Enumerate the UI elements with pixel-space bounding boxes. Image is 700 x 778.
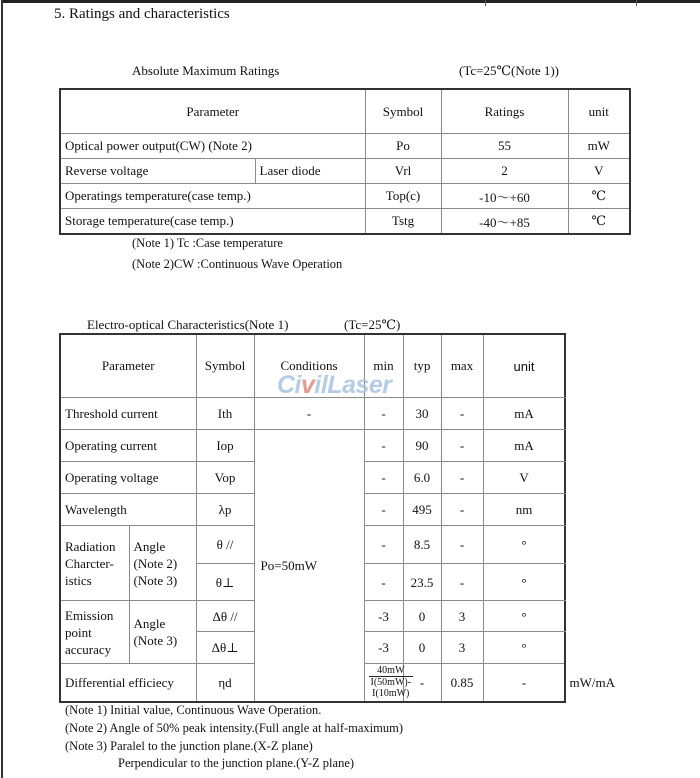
page-frame-top	[1, 0, 700, 3]
eo-note-3: (Note 3) Paralel to the junction plane.(…	[65, 739, 313, 754]
conditions-cell: 40mW I(50mW)-I(10mW)	[364, 664, 403, 702]
abs-max-note-1: (Note 1) Tc :Case temperature	[132, 236, 283, 251]
header-unit: unit	[568, 89, 630, 134]
min-cell: -	[364, 564, 403, 601]
symbol-cell: Iop	[196, 430, 254, 462]
max-cell: -	[441, 494, 483, 526]
unit-cell: °	[483, 601, 565, 632]
symbol-cell: Ith	[196, 398, 254, 430]
typ-cell: 495	[403, 494, 441, 526]
parameter-cell: Differential efficiecy	[60, 664, 196, 702]
eo-note-1: (Note 1) Initial value, Continuous Wave …	[65, 703, 321, 718]
max-cell: -	[441, 430, 483, 462]
header-ratings: Ratings	[441, 89, 568, 134]
header-conditions: Conditions	[254, 334, 364, 398]
radiation-sub-cell: Angle (Note 2) (Note 3)	[129, 526, 196, 601]
symbol-cell: Tstg	[365, 209, 441, 235]
max-cell: 3	[441, 632, 483, 664]
eo-note-2: (Note 2) Angle of 50% peak intensity.(Fu…	[65, 721, 403, 736]
typ-cell: 23.5	[403, 564, 441, 601]
header-parameter: Parameter	[60, 89, 365, 134]
max-cell: -	[483, 664, 565, 702]
rating-cell: 55	[441, 134, 568, 159]
fraction-denominator: I(50mW)-I(10mW)	[369, 677, 414, 699]
min-cell: -	[364, 494, 403, 526]
symbol-cell: Δθ⊥	[196, 632, 254, 664]
unit-cell: °	[483, 526, 565, 564]
emission-sub-cell: Angle (Note 3)	[129, 601, 196, 664]
typ-cell: 30	[403, 398, 441, 430]
unit-cell: ℃	[568, 209, 630, 235]
min-cell: -	[364, 462, 403, 494]
symbol-cell: ηd	[196, 664, 254, 702]
section-title: 5. Ratings and characteristics	[54, 6, 230, 23]
symbol-cell: θ //	[196, 526, 254, 564]
typ-cell: 6.0	[403, 462, 441, 494]
max-cell: -	[441, 462, 483, 494]
max-cell: 3	[441, 601, 483, 632]
symbol-cell: Top(c)	[365, 184, 441, 209]
table-header-row: Parameter Symbol Conditions min typ max …	[60, 334, 565, 398]
typ-cell: 0	[403, 632, 441, 664]
parameter-cell: Reverse voltage	[60, 159, 255, 184]
frame-tick	[485, 0, 486, 6]
header-unit: unit	[483, 334, 565, 398]
header-symbol: Symbol	[196, 334, 254, 398]
eo-condition: (Tc=25℃)	[344, 317, 400, 333]
abs-max-note-2: (Note 2)CW :Continuous Wave Operation	[132, 257, 342, 272]
symbol-cell: Vop	[196, 462, 254, 494]
max-cell: -	[441, 398, 483, 430]
header-max: max	[441, 334, 483, 398]
emission-group-cell: Emission point accuracy	[60, 601, 129, 664]
symbol-cell: λp	[196, 494, 254, 526]
eo-caption: Electro-optical Characteristics(Note 1)	[87, 317, 288, 333]
parameter-cell: Storage temperature(case temp.)	[60, 209, 365, 235]
abs-max-condition: (Tc=25℃(Note 1))	[459, 63, 559, 79]
parameter-cell: Threshold current	[60, 398, 196, 430]
table-row: Operating current Iop Po=50mW - 90 - mA	[60, 430, 565, 462]
parameter-cell: Operating voltage	[60, 462, 196, 494]
typ-cell: 0.85	[441, 664, 483, 702]
table-row: Operatings temperature(case temp.) Top(c…	[60, 184, 630, 209]
header-symbol: Symbol	[365, 89, 441, 134]
conditions-fraction: 40mW I(50mW)-I(10mW)	[369, 665, 414, 699]
min-cell: -	[364, 526, 403, 564]
unit-cell: ℃	[568, 184, 630, 209]
parameter-cell: Wavelength	[60, 494, 196, 526]
min-cell: -	[364, 398, 403, 430]
unit-cell: V	[568, 159, 630, 184]
sub-parameter-cell: Laser diode	[255, 159, 365, 184]
page-frame-left	[1, 0, 3, 778]
table-row: Threshold current Ith - - 30 - mA	[60, 398, 565, 430]
header-min: min	[364, 334, 403, 398]
parameter-cell: Operating current	[60, 430, 196, 462]
min-cell: -3	[364, 601, 403, 632]
unit-cell: °	[483, 632, 565, 664]
header-typ: typ	[403, 334, 441, 398]
unit-cell: nm	[483, 494, 565, 526]
rating-cell: -10～+60	[441, 184, 568, 209]
max-cell: -	[441, 526, 483, 564]
unit-cell: V	[483, 462, 565, 494]
conditions-cell: -	[254, 398, 364, 430]
typ-cell: 90	[403, 430, 441, 462]
absolute-max-ratings-table: Parameter Symbol Ratings unit Optical po…	[59, 88, 631, 235]
table-row: Optical power output(CW) (Note 2) Po 55 …	[60, 134, 630, 159]
radiation-group-cell: Radiation Charcter-istics	[60, 526, 129, 601]
typ-cell: 8.5	[403, 526, 441, 564]
unit-cell: °	[483, 564, 565, 601]
table-header-row: Parameter Symbol Ratings unit	[60, 89, 630, 134]
min-cell: -3	[364, 632, 403, 664]
parameter-cell: Operatings temperature(case temp.)	[60, 184, 365, 209]
typ-cell: 0	[403, 601, 441, 632]
eo-note-3-cont: Perpendicular to the junction plane.(Y-Z…	[118, 756, 354, 771]
rating-cell: -40～+85	[441, 209, 568, 235]
unit-cell: mW	[568, 134, 630, 159]
symbol-cell: Po	[365, 134, 441, 159]
header-parameter: Parameter	[60, 334, 196, 398]
electro-optical-table: Parameter Symbol Conditions min typ max …	[59, 333, 566, 703]
abs-max-caption: Absolute Maximum Ratings	[132, 63, 279, 79]
parameter-cell: Optical power output(CW) (Note 2)	[60, 134, 365, 159]
table-row: Storage temperature(case temp.) Tstg -40…	[60, 209, 630, 235]
rating-cell: 2	[441, 159, 568, 184]
frame-tick	[636, 0, 637, 6]
max-cell: -	[441, 564, 483, 601]
shared-conditions-cell: Po=50mW	[254, 430, 364, 702]
symbol-cell: Vrl	[365, 159, 441, 184]
unit-cell: mA	[483, 398, 565, 430]
table-row: Reverse voltage Laser diode Vrl 2 V	[60, 159, 630, 184]
min-cell: -	[364, 430, 403, 462]
symbol-cell: Δθ //	[196, 601, 254, 632]
symbol-cell: θ⊥	[196, 564, 254, 601]
fraction-numerator: 40mW	[369, 665, 414, 677]
unit-cell: mA	[483, 430, 565, 462]
